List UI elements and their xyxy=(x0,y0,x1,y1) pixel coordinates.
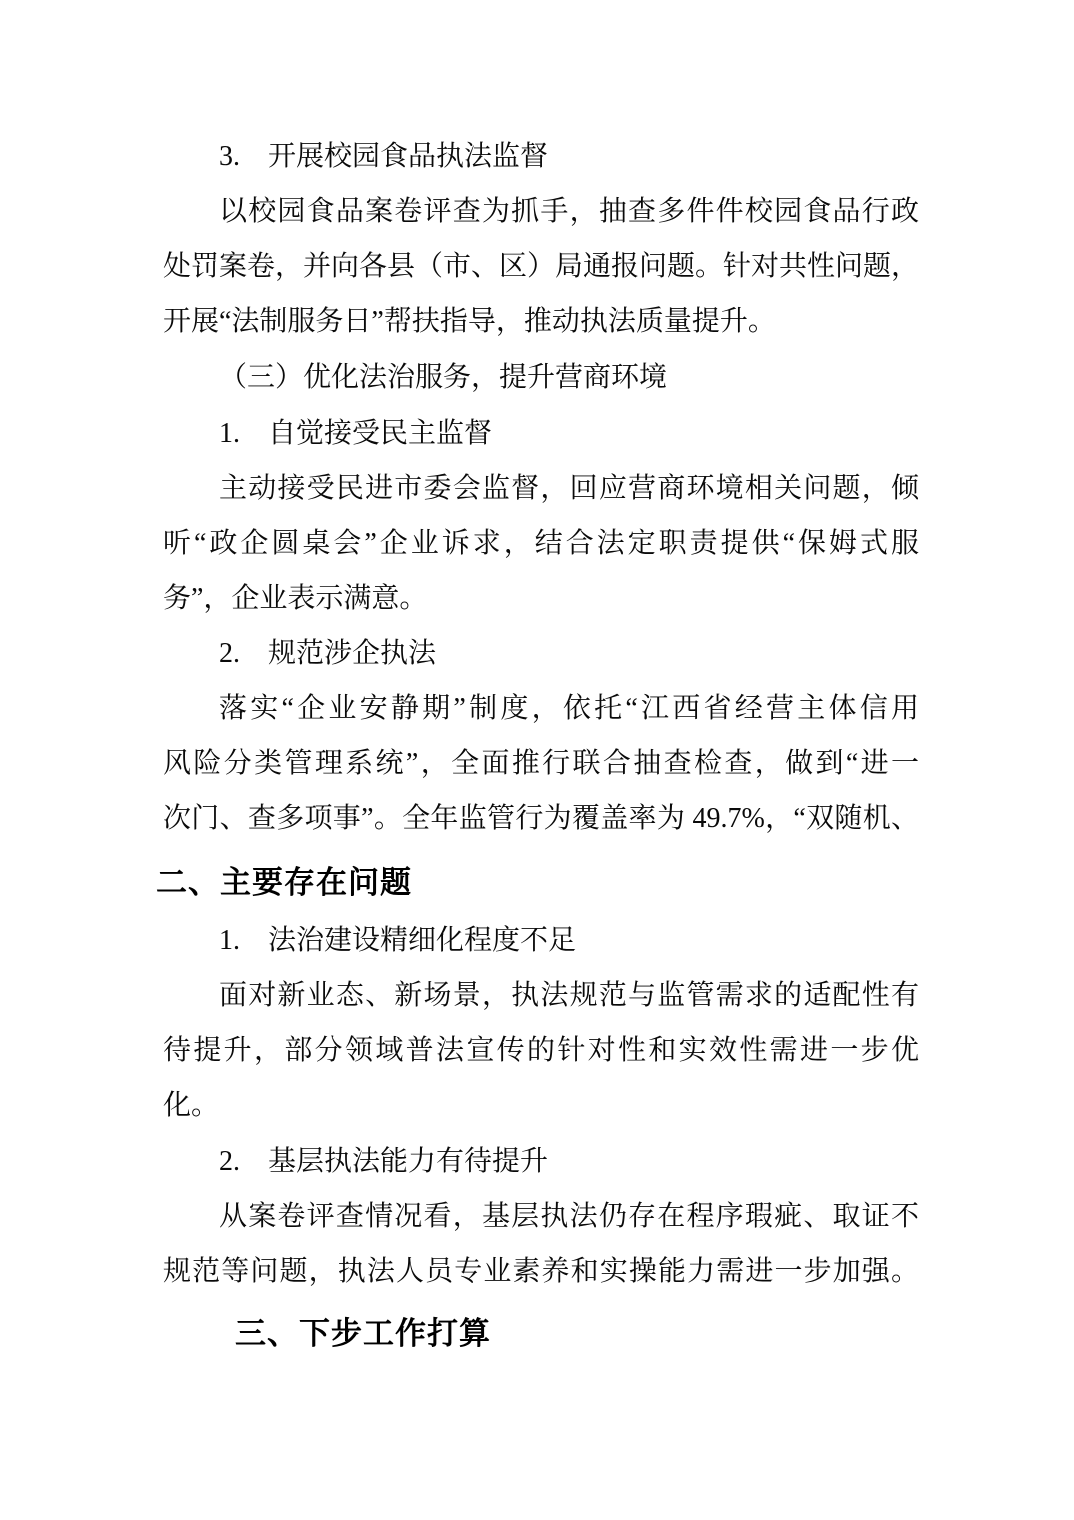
doc-line: 次门、查多项事”。全年监管行为覆盖率为 49.7%，“双随机、 xyxy=(163,802,919,836)
doc-line: 规范等问题，执法人员专业素养和实操能力需进一步加强。 xyxy=(163,1255,919,1289)
doc-line: 化。 xyxy=(163,1089,219,1123)
document-page: 3. 开展校园食品执法监督 以校园食品案卷评查为抓手，抽查多件件校园食品行政 处… xyxy=(0,0,1074,1520)
doc-subheading-line: 2. 规范涉企执法 xyxy=(219,637,436,671)
doc-line: 开展“法制服务日”帮扶指导，推动执法质量提升。 xyxy=(163,305,776,339)
doc-line: 落实“企业安静期”制度，依托“江西省经营主体信用 xyxy=(219,692,919,726)
doc-line: 务”，企业表示满意。 xyxy=(163,582,427,616)
doc-line: 风险分类管理系统”，全面推行联合抽查检查，做到“进一 xyxy=(163,747,919,781)
doc-subheading-line: （三）优化法治服务，提升营商环境 xyxy=(219,361,667,395)
doc-line: 以校园食品案卷评查为抓手，抽查多件件校园食品行政 xyxy=(219,195,919,229)
doc-subheading-line: 1. 自觉接受民主监督 xyxy=(219,417,492,451)
doc-line: 听“政企圆桌会”企业诉求，结合法定职责提供“保姆式服 xyxy=(163,527,919,561)
section-heading-next-steps: 三、下步工作打算 xyxy=(235,1316,491,1352)
doc-subheading-line: 2. 基层执法能力有待提升 xyxy=(219,1145,548,1179)
doc-line: 主动接受民进市委会监督，回应营商环境相关问题，倾 xyxy=(219,472,919,506)
doc-line: 面对新业态、新场景，执法规范与监管需求的适配性有 xyxy=(219,979,919,1013)
doc-line: 处罚案卷，并向各县（市、区）局通报问题。针对共性问题， xyxy=(163,250,919,284)
doc-subheading-line: 1. 法治建设精细化程度不足 xyxy=(219,924,576,958)
doc-line: 从案卷评查情况看，基层执法仍存在程序瑕疵、取证不 xyxy=(219,1200,919,1234)
section-heading-problems: 二、主要存在问题 xyxy=(156,865,412,901)
doc-line: 3. 开展校园食品执法监督 xyxy=(219,140,548,174)
doc-line: 待提升，部分领域普法宣传的针对性和实效性需进一步优 xyxy=(163,1034,919,1068)
